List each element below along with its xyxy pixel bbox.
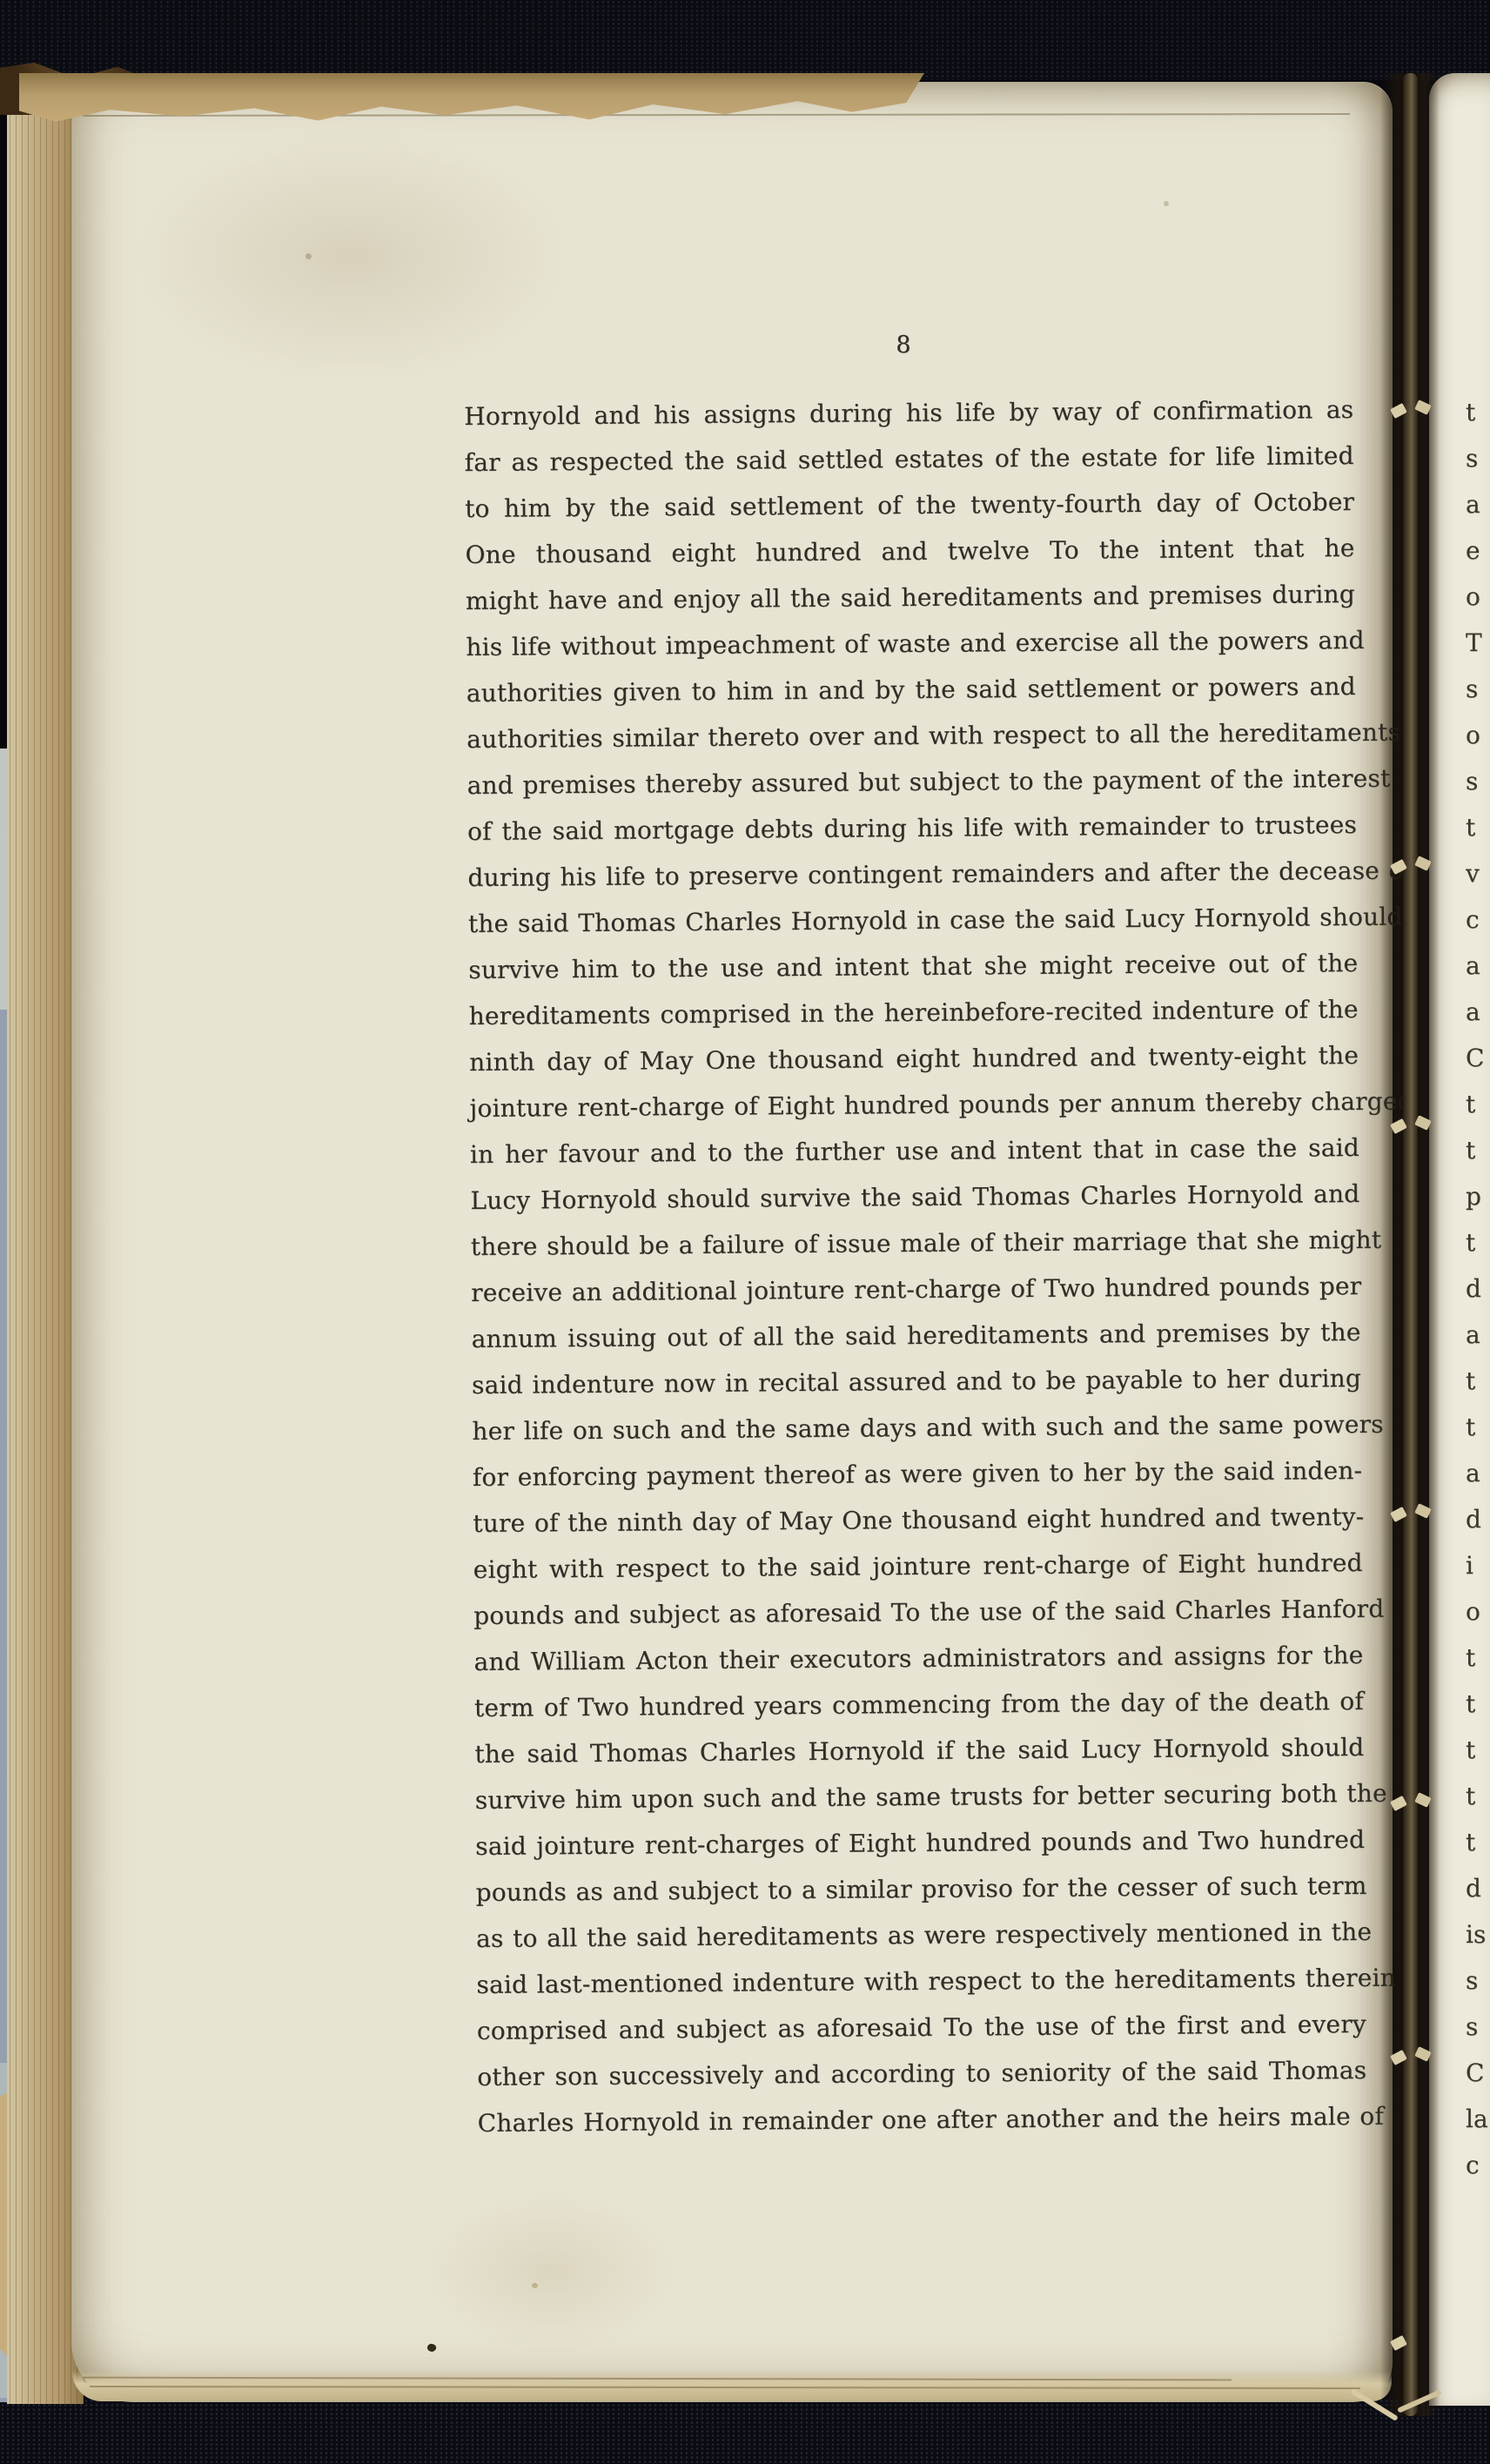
text-line: survive him upon such and the same trust… <box>475 1770 1365 1823</box>
cutoff-letter: t <box>1466 1404 1490 1450</box>
paper-stain <box>124 126 577 387</box>
text-line: the said Thomas Charles Hornyold in case… <box>468 894 1358 947</box>
text-line: receive an additional jointure rent-char… <box>471 1263 1360 1316</box>
cutoff-letter: e <box>1466 527 1490 574</box>
cutoff-letter: i <box>1466 1542 1490 1588</box>
cutoff-letter: t <box>1466 1127 1490 1173</box>
text-line: in her favour and to the further use and… <box>470 1125 1359 1178</box>
cutoff-letter: t <box>1466 389 1490 435</box>
cutoff-letter: t <box>1466 1219 1490 1266</box>
text-line: One thousand eight hundred and twelve To… <box>465 525 1354 578</box>
text-line: Hornyold and his assigns during his life… <box>464 386 1353 440</box>
cutoff-letter: c <box>1466 896 1490 943</box>
page-bottom-edge <box>72 2372 1392 2401</box>
text-line: Lucy Hornyold should survive the said Th… <box>470 1171 1359 1224</box>
text-line: for enforcing payment thereof as were gi… <box>473 1447 1362 1501</box>
cutoff-letter: s <box>1466 666 1490 712</box>
cutoff-letter: a <box>1466 1312 1490 1358</box>
cutoff-letter: T <box>1466 620 1490 666</box>
ink-speck <box>426 2342 438 2353</box>
text-line: comprised and subject as aforesaid To th… <box>477 2001 1366 2054</box>
book-cover-bottom <box>0 2399 1490 2464</box>
text-line: survive him to the use and intent that s… <box>468 940 1358 993</box>
text-line: during his life to preserve contingent r… <box>467 848 1357 901</box>
cutoff-letter: s <box>1466 2004 1490 2050</box>
text-line: eight with respect to the said jointure … <box>473 1540 1363 1593</box>
text-line: hereditaments comprised in the hereinbef… <box>469 986 1359 1039</box>
cutoff-letter: a <box>1466 1450 1490 1496</box>
cutoff-letter: C <box>1466 1035 1490 1081</box>
page-top-crease <box>83 113 1350 117</box>
text-line: term of Two hundred years commencing fro… <box>474 1678 1364 1731</box>
text-line: far as respected the said settled estate… <box>465 433 1354 486</box>
text-line: said jointure rent-charges of Eight hund… <box>475 1816 1365 1870</box>
book-gutter <box>1380 73 1440 2416</box>
text-line: pounds as and subject to a similar provi… <box>475 1863 1365 1916</box>
page-edge-line <box>83 2377 1232 2381</box>
cutoff-letter: p <box>1466 1173 1490 1219</box>
cutoff-letter: C <box>1466 2050 1490 2096</box>
page-text: Hornyold and his assigns during his life… <box>464 386 1367 2146</box>
cutoff-letter: is <box>1466 1911 1490 1957</box>
text-line: authorities similar thereto over and wit… <box>466 709 1356 762</box>
text-line: ninth day of May One thousand eight hund… <box>469 1032 1359 1085</box>
text-line: her life on such and the same days and w… <box>472 1401 1361 1454</box>
text-line: as to all the said hereditaments as were… <box>476 1909 1366 1962</box>
text-line: Charles Hornyold in remainder one after … <box>478 2093 1367 2146</box>
text-line: to him by the said settlement of the twe… <box>465 479 1354 532</box>
cutoff-letter: t <box>1466 1727 1490 1773</box>
page-number: 8 <box>834 328 973 363</box>
cutoff-letter: t <box>1466 1773 1490 1819</box>
cutoff-letter: s <box>1466 758 1490 804</box>
book-page: 8 Hornyold and his assigns during his li… <box>71 82 1393 2402</box>
cutoff-letter: d <box>1466 1266 1490 1312</box>
cutoff-letter: s <box>1466 435 1490 481</box>
cutoff-letter: a <box>1466 481 1490 527</box>
cutoff-letter: t <box>1466 1635 1490 1681</box>
foxing-spot <box>532 2283 538 2288</box>
cutoff-letter: a <box>1466 989 1490 1035</box>
cutoff-letter: t <box>1466 1081 1490 1127</box>
paper-stain <box>420 2189 681 2354</box>
cutoff-letter: t <box>1466 1358 1490 1404</box>
cutoff-letter: la <box>1466 2096 1490 2142</box>
text-line: said last-mentioned indenture with respe… <box>476 1955 1366 2008</box>
binding-thread <box>1403 73 1418 2416</box>
facing-page-cutoff-text: tsaeoTsostvcaaCttptdattadiotttttdisssCla… <box>1466 389 1490 2188</box>
text-line: authorities given to him in and by the s… <box>466 663 1356 716</box>
foxing-spot <box>305 253 312 259</box>
cutoff-letter: v <box>1466 850 1490 896</box>
cutoff-letter: t <box>1466 804 1490 850</box>
cutoff-letter: o <box>1466 712 1490 758</box>
page-edge-line <box>90 2386 1360 2389</box>
book-photo: 8 Hornyold and his assigns during his li… <box>0 0 1490 2464</box>
cutoff-letter: o <box>1466 1588 1490 1635</box>
cutoff-letter: s <box>1466 1957 1490 2004</box>
text-line: jointure rent-charge of Eight hundred po… <box>469 1078 1359 1131</box>
text-line: of the said mortgage debts during his li… <box>467 802 1357 855</box>
cutoff-letter: d <box>1466 1865 1490 1911</box>
text-line: ture of the ninth day of May One thousan… <box>473 1494 1362 1547</box>
foxing-spot <box>1164 201 1169 206</box>
text-line: his life without impeachment of waste an… <box>466 617 1355 670</box>
cutoff-letter: c <box>1466 2142 1490 2188</box>
text-line: pounds and subject as aforesaid To the u… <box>473 1586 1363 1639</box>
text-line: other son successively and according to … <box>477 2047 1366 2100</box>
text-line: there should be a failure of issue male … <box>471 1217 1360 1270</box>
cutoff-letter: t <box>1466 1819 1490 1865</box>
cutoff-letter: a <box>1466 943 1490 989</box>
text-line: said indenture now in recital assured an… <box>472 1355 1361 1408</box>
text-line: might have and enjoy all the said heredi… <box>466 571 1355 624</box>
cutoff-letter: o <box>1466 574 1490 620</box>
text-line: the said Thomas Charles Hornyold if the … <box>474 1724 1364 1777</box>
cutoff-letter: d <box>1466 1496 1490 1542</box>
text-line: annum issuing out of all the said heredi… <box>471 1309 1360 1362</box>
text-line: and William Acton their executors admini… <box>473 1632 1363 1685</box>
text-line: and premises thereby assured but subject… <box>466 755 1356 809</box>
cutoff-letter: t <box>1466 1681 1490 1727</box>
